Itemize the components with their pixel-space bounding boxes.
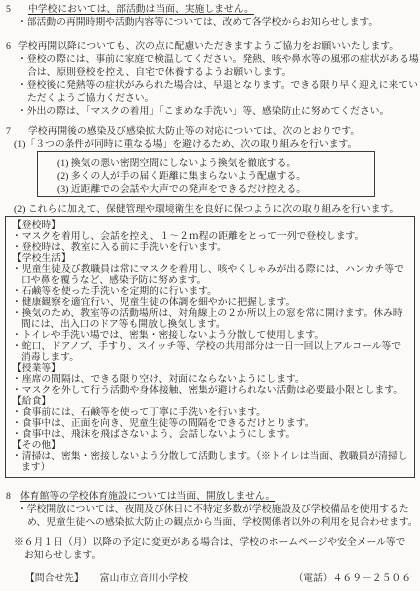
group-heading: 【授業等】: [12, 363, 410, 374]
document-content: 5 中学校においては、部活動は当面、実施しません。 ・部活動の再開時期や活動内容…: [0, 0, 420, 585]
section-6-title: 学校再開以降についても、次の点に配慮いただきますようご協力をお願いいたします。: [18, 40, 399, 53]
section-8-number: 8: [0, 490, 20, 503]
section-6-bullet-line: ・登校後に発熱等の症状がみられた場合は、早退となります。できる限り早く迎えに来て…: [0, 79, 420, 92]
section-5-number: 5: [0, 3, 28, 16]
section-7-sub1-label: (1)「３つの条件が同時に重なる場」を避けるため、次の取り組みを行います。: [0, 138, 420, 151]
section-8-heading: 8 体育館等の学校体育施設については当面、開放しません。: [0, 490, 420, 503]
measure-line: ・清掃は、密集・密接しないよう分散して活動します。（※トイレは当面、教職員が清掃…: [12, 451, 410, 462]
contact-row: 【問合せ先】 富山市立音川小学校 （電話）４６９－２５０６: [0, 572, 420, 585]
hygiene-measures-box: 【登校時】 ・マスクを着用し、会話を控え、１～２ｍ程の距離をとって一列で登校しま…: [5, 216, 415, 478]
school-notice-document: 5 中学校においては、部活動は当面、実施しません。 ・部活動の再開時期や活動内容…: [0, 0, 420, 591]
measure-line: ます）: [12, 462, 410, 473]
three-conditions-box: (1) 換気の悪い密閉空間にしないよう換気を徹底する。 (2) 多くの人が手の届…: [37, 151, 375, 197]
section-8-bullet-line: ・学校開放については、夜間及び休日に不特定多数が学校施設及び学校備品を使用するた: [0, 503, 420, 516]
measure-line: 間には、出入口のドア等も開放し換気します。: [12, 319, 410, 330]
measure-line: ・食事前には、石鹸等を使って丁寧に手洗いを行います。: [12, 407, 410, 418]
section-6-bullet-line: ただくようご協力ください。: [0, 92, 420, 105]
group-heading: 【給食】: [12, 396, 410, 407]
section-8-bullet-line: め、児童生徒への感染拡大防止の観点から当面、学校関係者以外の利用を見合わせます。: [0, 516, 420, 529]
schedule-change-note-line: ※６月１日（月）以降の予定に変更がある場合は、学校のホームページや安全メール等で: [0, 536, 420, 549]
measure-line: ・座席の間隔は、できる限り空け、対面にならないようにします。: [12, 374, 410, 385]
measure-line: ・食事中は、正面を向き、児童生徒等の間隔をできるだけとります。: [12, 418, 410, 429]
condition-item: (2) 多くの人が手の届く距離に集まらないよう配慮する。: [57, 170, 374, 183]
measure-line: 消毒します。: [12, 352, 410, 363]
phone-number: （電話）４６９－２５０６: [293, 572, 411, 585]
contact-label: 【問合せ先】: [25, 572, 84, 585]
section-5-bullet: ・部活動の再開時期や活動内容等については、改めて各学校からお知らせします。: [0, 16, 420, 29]
section-6-bullet-line: ・外出の際は、「マスクの着用」「こまめな手洗い」等、感染防止に努めてください。: [0, 105, 420, 118]
school-name: 富山市立音川小学校: [100, 572, 188, 585]
measure-line: ・換気のため、教室等の活動場所は、対角線上の２か所以上の窓を常に開けます。休み時: [12, 308, 410, 319]
measure-line: 口や鼻を覆うなど、感染予防に努めます。: [12, 275, 410, 286]
measure-line: ・蛇口、ドアノブ、手すり、スイッチ等、学校の共用部分は一日一回以上アルコール等で: [12, 341, 410, 352]
section-7-sub2-label: (2) これらに加えて、保健管理や環境衛生を良好に保つように次の取り組みを行いま…: [0, 203, 420, 216]
measure-line: ・石鹸等を使った手洗いを定期的に行います。: [12, 286, 410, 297]
section-6-number: 6: [0, 40, 18, 53]
section-6-bullet-line: ・登校の際には、事前に家庭で検温してください。発熱、咳や鼻水等の風邪の症状がある…: [0, 53, 420, 66]
measure-line: ・マスクを外して行う活動や身体接触、密集が避けられない活動は必要最小限とします。: [12, 385, 410, 396]
measure-line: ・マスクを着用し、会話を控え、１～２ｍ程の距離をとって一列で登校します。: [12, 231, 410, 242]
section-5-title: 中学校においては、部活動は当面、実施しません。: [28, 3, 254, 16]
section-7-title: 学校再開後の感染及び感染拡大防止等の対応については、次のとおりです。: [28, 125, 360, 138]
measure-line: ・児童生徒及び教職員は常にマスクを着用し、咳やくしゃみが出る際には、ハンカチ等で: [12, 264, 410, 275]
measure-line: ・健康観察を適宜行い、児童生徒の体調を細やかに把握します。: [12, 297, 410, 308]
condition-item: (1) 換気の悪い密閉空間にしないよう換気を徹底する。: [57, 157, 374, 170]
group-heading: 【登校時】: [12, 220, 410, 231]
measure-line: ・登校時は、教室に入る前に手洗いを行います。: [12, 242, 410, 253]
section-8-title: 体育館等の学校体育施設については当面、開放しません。: [20, 490, 275, 503]
measure-line: ・トイレや手洗い場では、密集・密接しないよう分散して使用します。: [12, 330, 410, 341]
section-5-heading: 5 中学校においては、部活動は当面、実施しません。: [0, 3, 420, 16]
condition-item: (3) 近距離での会話や大声での発声をできるだけ控える。: [57, 183, 374, 196]
section-6-heading: 6 学校再開以降についても、次の点に配慮いただきますようご協力をお願いいたします…: [0, 40, 420, 53]
group-heading: 【学校生活】: [12, 253, 410, 264]
section-7-number: 7: [0, 125, 28, 138]
measure-line: ・食事中は、飛沫を飛ばさないよう、会話しないようにします。: [12, 429, 410, 440]
group-heading: 【その他】: [12, 440, 410, 451]
section-6-bullet-line: 合は、原則登校を控え、自宅で休養するようお願いします。: [0, 66, 420, 79]
schedule-change-note-line: お知らせします。: [0, 549, 420, 562]
section-7-heading: 7 学校再開後の感染及び感染拡大防止等の対応については、次のとおりです。: [0, 125, 420, 138]
